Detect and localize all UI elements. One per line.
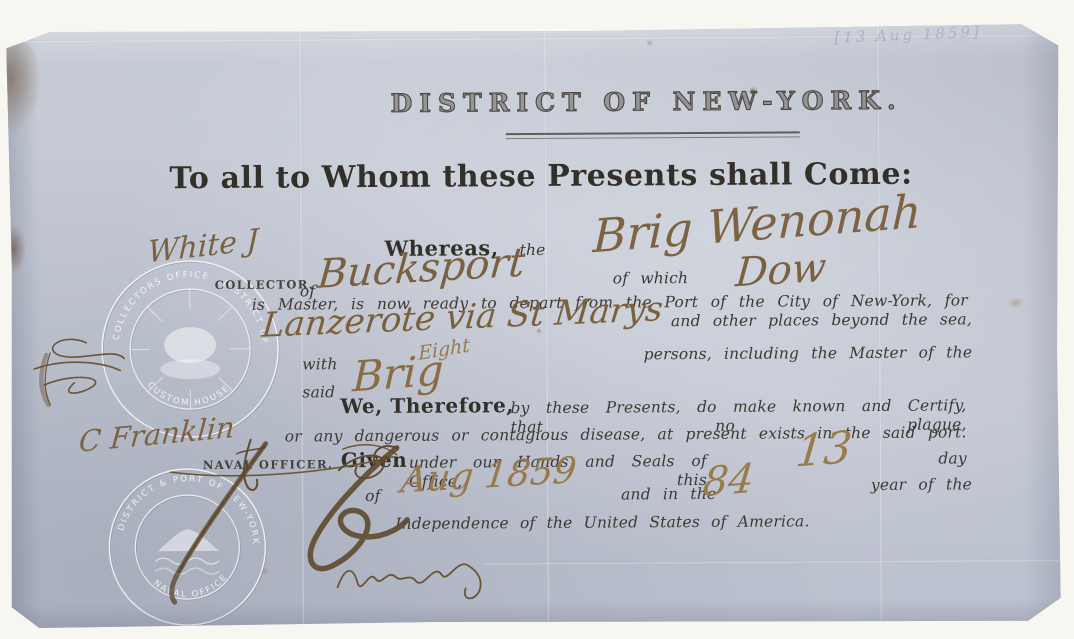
year-of-the-words: year of the bbox=[871, 475, 972, 494]
pencil-date-note: [13 Aug 1859] bbox=[834, 23, 982, 47]
independence-year-handwriting: 84 bbox=[701, 459, 756, 503]
day-number-handwriting: 13 bbox=[794, 426, 854, 475]
document-paper: COLLECTORS OFFICE · DISTRICT OF NEW-YORK… bbox=[6, 23, 1062, 628]
svg-text:CUSTOM HOUSE: CUSTOM HOUSE bbox=[145, 380, 233, 409]
with-word: with bbox=[302, 355, 337, 374]
speck-2 bbox=[646, 39, 653, 46]
scan-background: COLLECTORS OFFICE · DISTRICT OF NEW-YORK… bbox=[0, 0, 1074, 639]
signature-flourish-lower bbox=[329, 538, 499, 609]
stain-top-left bbox=[0, 41, 43, 133]
seal-eagle-emblem bbox=[164, 327, 216, 363]
title-rule bbox=[506, 131, 800, 139]
vessel-type-handwriting: Brig bbox=[352, 349, 444, 398]
master-name-handwriting: Dow bbox=[734, 248, 828, 294]
fold-crease-bottom bbox=[483, 559, 1062, 566]
district-title: DISTRICT OF NEW-YORK. bbox=[121, 84, 1074, 119]
independence-line: Independence of the United States of Ame… bbox=[395, 512, 809, 533]
we-therefore-words: We, Therefore, bbox=[340, 394, 514, 417]
of-which-words: of which bbox=[613, 269, 689, 288]
stain-left-edge bbox=[1, 225, 25, 273]
collector-seal-text-2: CUSTOM HOUSE bbox=[145, 380, 233, 409]
speck-3 bbox=[1008, 297, 1024, 308]
home-port-handwriting: Bucksport bbox=[316, 243, 526, 295]
places-line: and other places beyond the sea, bbox=[671, 310, 972, 330]
said-word: said bbox=[302, 383, 335, 402]
day-word: day bbox=[938, 449, 967, 468]
collector-flourish-signature bbox=[28, 328, 133, 409]
persons-line: persons, including the Master of the bbox=[644, 343, 973, 364]
pen-stroke-through-seal bbox=[144, 438, 275, 609]
